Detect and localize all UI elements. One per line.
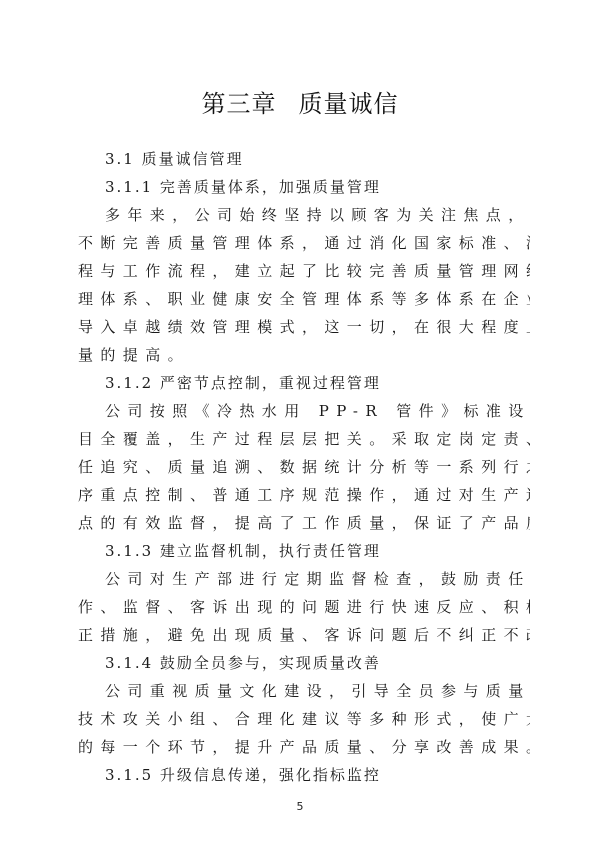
subsection-heading-3-1-3: 3.1.3 建立监督机制，执行责任管理 [105,540,530,562]
chapter-number: 第三章 [202,90,277,118]
paragraph-line: 正措施，避免出现质量、客诉问题后不纠正不改进的现象。 [78,624,530,646]
paragraph-line: 作、监督、客诉出现的问题进行快速反应、积极整改，彻底有效地执行纠 [78,596,530,618]
chapter-name: 质量诚信 [299,90,399,118]
subsection-heading-3-1-4: 3.1.4 鼓励全员参与，实现质量改善 [105,652,530,674]
paragraph-line: 导入卓越绩效管理模式，这一切，在很大程度上促进了工作质量和产品质 [78,316,530,338]
paragraph-line: 点的有效监督，提高了工作质量，保证了产品质量。 [78,512,530,534]
paragraph-line: 程与工作流程，建立起了比较完善质量管理网络。质量管理体系、环境管 [78,260,530,282]
page-number: 5 [0,800,600,813]
paragraph-line: 目全覆盖，生产过程层层把关。采取定岗定责、过程检查、质量考核、责 [78,428,530,450]
subsection-heading-3-1-2: 3.1.2 严密节点控制，重视过程管理 [105,372,530,394]
paragraph-line: 不断完善质量管理体系，通过消化国家标准、浙江制造标准，优化生产流 [78,232,530,254]
paragraph-line: 技术攻关小组、合理化建议等多种形式，使广大员工充分参与到质量改善 [78,708,530,730]
section-heading-3-1: 3.1 质量诚信管理 [105,148,530,170]
paragraph-line: 的每一个环节，提升产品质量、分享改善成果。 [78,736,530,758]
paragraph-line: 公司按照《冷热水用 PP-R 管件》标准设立有质量关键点，实现检测项 [105,400,530,422]
paragraph-line: 序重点控制、普通工序规范操作，通过对生产过程的全面控制和对关键节 [78,484,530,506]
paragraph-line: 公司对生产部进行定期监督检查，鼓励责任部门和管理人员对体系运 [105,568,530,590]
paragraph-line: 量的提高。 [78,344,530,366]
subsection-heading-3-1-5: 3.1.5 升级信息传递，强化指标监控 [105,764,530,786]
paragraph-line: 理体系、职业健康安全管理体系等多体系在企业内部的高效运行，同时， [78,288,530,310]
subsection-heading-3-1-1: 3.1.1 完善质量体系，加强质量管理 [105,176,530,198]
paragraph-line: 多年来，公司始终坚持以顾客为关注焦点，持续改进质量管理工作， [105,204,530,226]
chapter-title: 第三章质量诚信 [0,84,600,119]
paragraph-line: 任追究、质量追溯、数据统计分析等一系列行之有效的方法，做到关键工 [78,456,530,478]
paragraph-line: 公司重视质量文化建设，引导全员参与质量管理，通过不断深入开展 [105,680,530,702]
